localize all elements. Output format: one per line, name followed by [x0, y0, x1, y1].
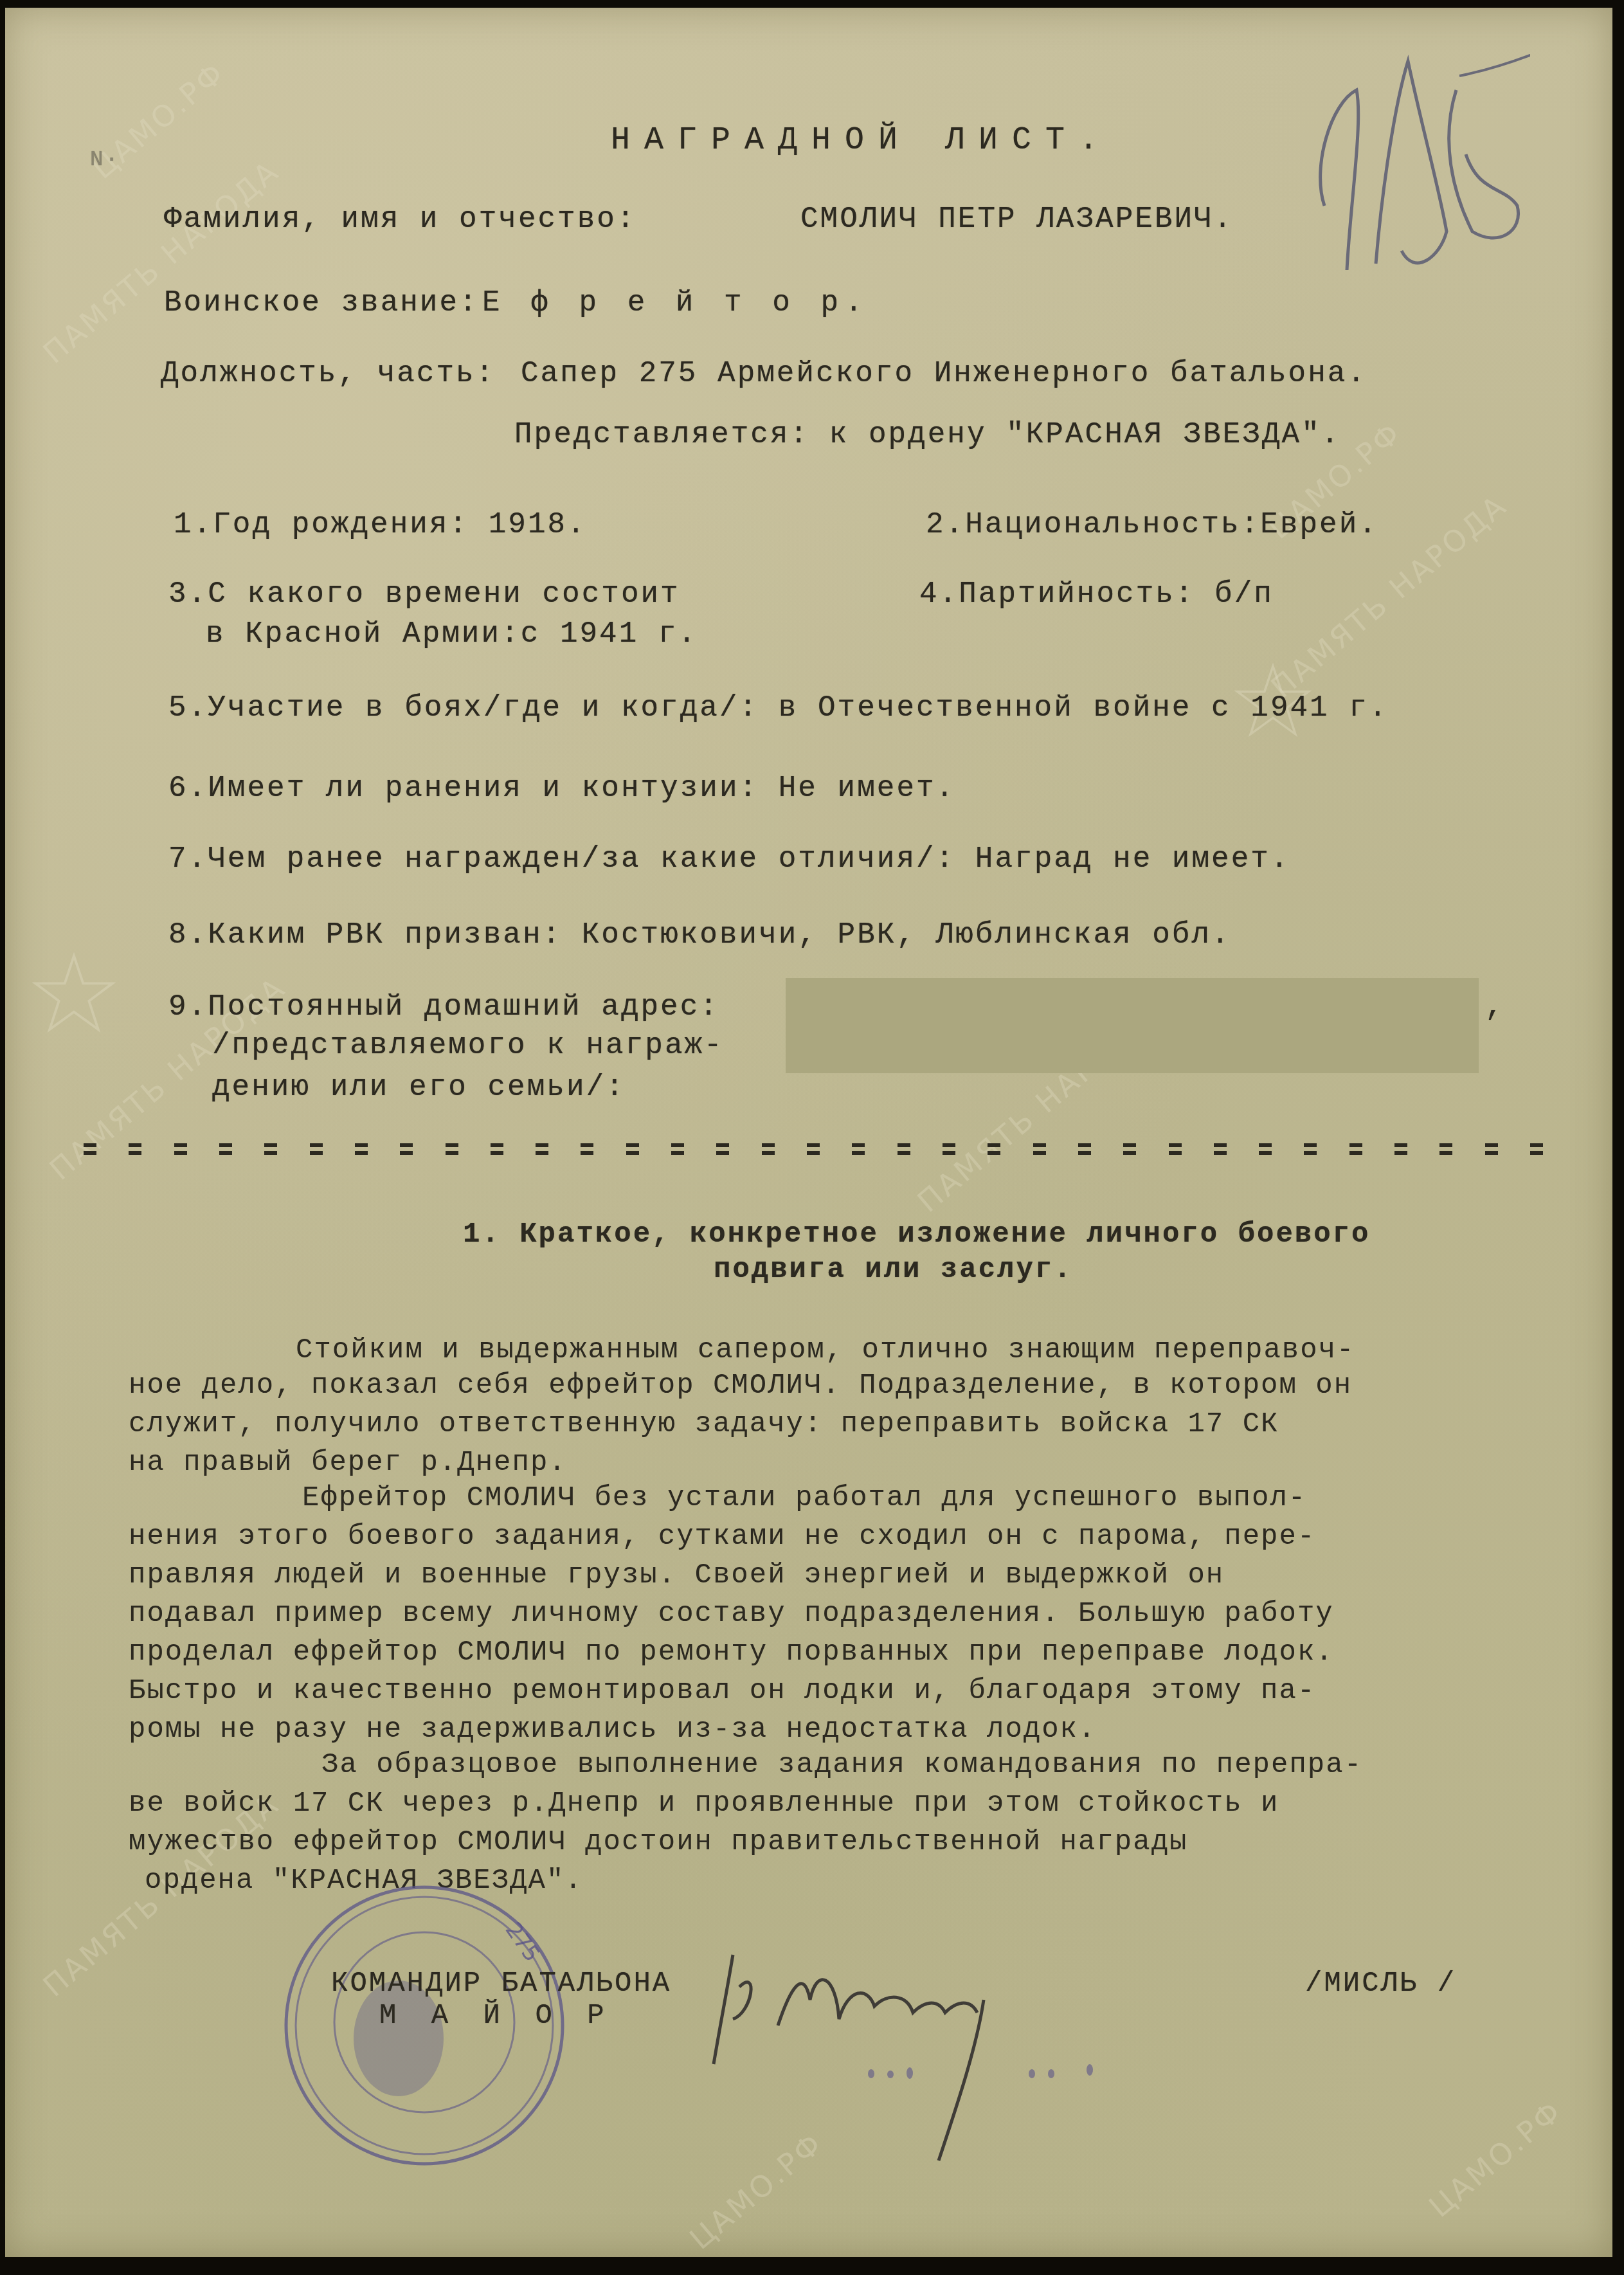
commander-rank: М А Й О Р	[379, 2000, 613, 2032]
award-sheet-paper	[5, 8, 1612, 2257]
item-label: Каким РВК призван:	[208, 918, 562, 952]
item-number: 7.	[168, 842, 208, 876]
item-value: Наград не имеет.	[975, 842, 1290, 876]
item-3-service-since: 3.С какого времени состоит	[168, 577, 680, 611]
item-5-combat: 5.Участие в боях/где и когда/: в Отечест…	[168, 691, 1389, 725]
item-label: Имеет ли ранения и контузии:	[208, 772, 759, 805]
item-7-prior-awards: 7.Чем ранее награжден/за какие отличия/:…	[168, 842, 1290, 876]
item-number: 3.	[168, 577, 208, 611]
body-line: ве войск 17 СК через р.Днепр и проявленн…	[129, 1788, 1279, 1820]
handwritten-signature	[707, 1929, 1157, 2173]
handwritten-number-text: 185	[1286, 26, 1304, 29]
rank-label: Воинское звание:	[164, 286, 479, 320]
item-value: б/п	[1214, 577, 1274, 611]
item-number: 6.	[168, 772, 208, 805]
item-number: 4.	[919, 577, 959, 611]
item-6-wounds: 6.Имеет ли ранения и контузии: Не имеет.	[168, 772, 955, 805]
watermark-star-icon	[32, 952, 116, 1035]
body-line: мужество ефрейтор СМОЛИЧ достоин правите…	[129, 1826, 1187, 1858]
item-label: Год рождения:	[213, 508, 469, 541]
body-line: ромы не разу не задерживались из-за недо…	[129, 1714, 1096, 1746]
position-label: Должность, часть:	[161, 357, 495, 390]
dashed-separator	[84, 1143, 1543, 1155]
item-label: Партийность:	[959, 577, 1195, 611]
document-title: НАГРАДНОЙ ЛИСТ.	[611, 122, 1112, 159]
body-line: Стойким и выдержанным сапером, отлично з…	[296, 1334, 1355, 1366]
item-number: 8.	[168, 918, 208, 952]
item-4-party: 4.Партийность: б/п	[919, 577, 1274, 611]
item-3-service-since-line2: в Красной Армии:с 1941 г.	[206, 617, 698, 651]
item-value: Не имеет.	[779, 772, 955, 805]
rank-value: Е ф р е й т о р.	[482, 286, 869, 320]
item-label: Постоянный домашний адрес:	[208, 990, 719, 1024]
svg-text:275: 275	[500, 1917, 545, 1966]
item-value: Костюковичи, РВК, Люблинская обл.	[582, 918, 1231, 952]
corner-pencil-mark: N∙	[90, 148, 120, 172]
body-line: Ефрейтор СМОЛИЧ без устали работал для у…	[302, 1482, 1306, 1514]
item-label: Участие в боях/где и когда/:	[208, 691, 759, 725]
item-1-birth-year: 1.Год рождения: 1918.	[174, 508, 587, 541]
stamp-ink-dots	[868, 2064, 1189, 2083]
item-9-address-line2: /представляемого к награж-	[212, 1029, 724, 1062]
body-line: проделал ефрейтор СМОЛИЧ по ремонту порв…	[129, 1636, 1334, 1669]
item-9-address: 9.Постоянный домашний адрес:	[168, 990, 719, 1024]
item-number: 2.	[926, 508, 965, 541]
item-9-address-line3: дению или его семьи/:	[212, 1071, 626, 1104]
item-value: Еврей.	[1260, 508, 1378, 541]
commander-title: КОМАНДИР БАТАЛЬОНА	[331, 1968, 671, 2000]
item-label: в Красной Армии:	[206, 617, 521, 651]
section-heading-line1: 1. Краткое, конкретное изложение личного…	[463, 1219, 1370, 1251]
item-label: Чем ранее награжден/за какие отличия/:	[208, 842, 955, 876]
body-line: правляя людей и военные грузы. Своей эне…	[129, 1559, 1224, 1591]
signer-name: /МИСЛЬ /	[1305, 1968, 1456, 2000]
body-line: служит, получило ответственную задачу: п…	[129, 1408, 1279, 1440]
item-number: 1.	[174, 508, 213, 541]
position-value: Сапер 275 Армейского Инженерного батальо…	[521, 357, 1367, 390]
body-line: ное дело, показал себя ефрейтор СМОЛИЧ. …	[129, 1370, 1352, 1402]
item-label: Национальность:	[965, 508, 1260, 541]
address-trailing-comma: ,	[1485, 990, 1505, 1024]
item-value: с 1941 г.	[521, 617, 698, 651]
item-2-nationality: 2.Национальность:Еврей.	[926, 508, 1378, 541]
item-number: 9.	[168, 990, 208, 1024]
body-line: Быстро и качественно ремонтировал он лод…	[129, 1675, 1315, 1707]
item-8-draft-office: 8.Каким РВК призван: Костюковичи, РВК, Л…	[168, 918, 1231, 952]
item-number: 5.	[168, 691, 208, 725]
body-line: За образцовое выполнение задания командо…	[321, 1749, 1362, 1781]
body-line: на правый берег р.Днепр.	[129, 1447, 567, 1479]
section-heading-line2: подвига или заслуг.	[714, 1254, 1073, 1286]
item-value: 1918.	[489, 508, 587, 541]
handwritten-archive-number: 185	[1286, 26, 1530, 283]
item-value: в Отечественной войне с 1941 г.	[779, 691, 1389, 725]
item-label: С какого времени состоит	[208, 577, 680, 611]
redacted-address-block	[786, 978, 1479, 1073]
body-line: подавал пример всему личному составу под…	[129, 1598, 1334, 1630]
body-line: нения этого боевого задания, сутками не …	[129, 1521, 1315, 1553]
name-label: Фамилия, имя и отчество:	[164, 203, 636, 236]
name-value: СМОЛИЧ ПЕТР ЛАЗАРЕВИЧ.	[800, 203, 1233, 236]
nominated-line: Представляется: к ордену "КРАСНАЯ ЗВЕЗДА…	[514, 418, 1340, 451]
